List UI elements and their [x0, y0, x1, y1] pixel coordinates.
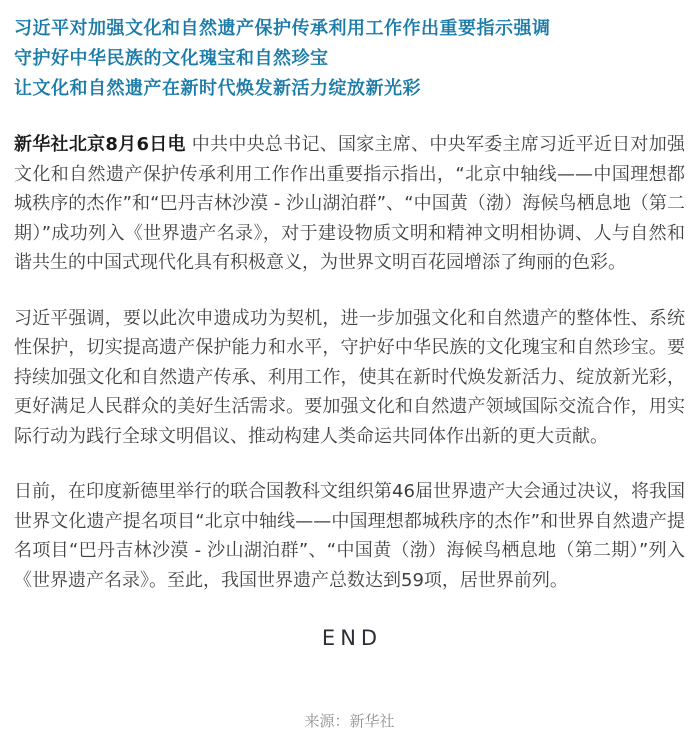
- title-line-3: 让文化和自然遗产在新时代焕发新活力绽放新光彩: [14, 74, 685, 104]
- title-line-2: 守护好中华民族的文化瑰宝和自然珍宝: [14, 44, 685, 74]
- paragraph-3-text: 日前，在印度新德里举行的联合国教科文组织第46届世界遗产大会通过决议，将我国世界…: [14, 481, 685, 591]
- source-line: 来源：新华社: [14, 710, 685, 732]
- paragraph-1: 新华社北京8月6日电 中共中央总书记、国家主席、中央军委主席习近平近日对加强文化…: [14, 130, 685, 278]
- news-article: 习近平对加强文化和自然遗产保护传承利用工作作出重要指示强调 守护好中华民族的文化…: [0, 0, 698, 746]
- paragraph-2: 习近平强调，要以此次申遗成功为契机，进一步加强文化和自然遗产的整体性、系统性保护…: [14, 304, 685, 452]
- article-title: 习近平对加强文化和自然遗产保护传承利用工作作出重要指示强调 守护好中华民族的文化…: [14, 14, 685, 104]
- paragraph-3: 日前，在印度新德里举行的联合国教科文组织第46届世界遗产大会通过决议，将我国世界…: [14, 477, 685, 595]
- title-line-1: 习近平对加强文化和自然遗产保护传承利用工作作出重要指示强调: [14, 14, 685, 44]
- dateline-lead: 新华社北京8月6日电: [14, 134, 186, 155]
- end-marker: END: [14, 623, 685, 653]
- paragraph-2-text: 习近平强调，要以此次申遗成功为契机，进一步加强文化和自然遗产的整体性、系统性保护…: [14, 308, 685, 447]
